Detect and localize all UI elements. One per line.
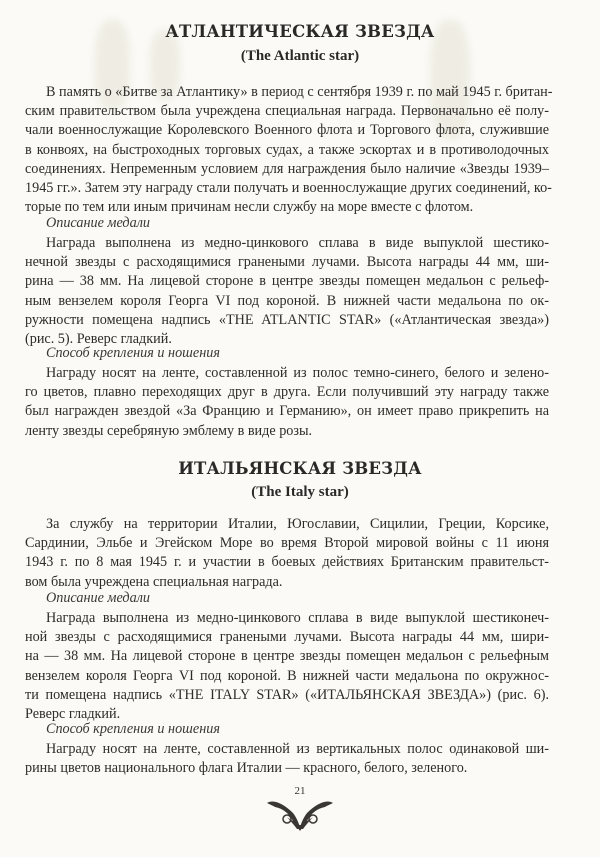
text-line: ским правительством была учреждена специ… [25, 102, 549, 121]
caption-wearing-method: Способ крепления и ношения [46, 345, 220, 362]
text-line: рина — 38 мм. На лицевой стороне в центр… [25, 272, 549, 291]
text-line: рины цветов национального флага Италии —… [25, 759, 549, 778]
text-line: вом была учреждена специальная награда. [25, 573, 549, 592]
text-line: ной звезды с расходящимися гранеными луч… [25, 628, 549, 647]
text-line: вензелем короля Георга VI под короной. В… [25, 667, 549, 686]
text-line: го цветов, плавно переходящих друг в дру… [25, 383, 549, 402]
text-line: на — 38 мм. На лицевой стороне в центре … [25, 647, 549, 666]
text-line: чали военнослужащие Королевского Военног… [25, 121, 549, 140]
caption-medal-description: Описание медали [46, 590, 150, 607]
paragraph-atlantic-wearing: Награду носят на ленте, составленной из … [25, 364, 549, 441]
text-line: Сардинии, Эльбе и Эгейском Море во время… [25, 534, 549, 553]
text-line: Награда выполнена из медно-цинкового спл… [25, 609, 549, 628]
book-page: АТЛАНТИЧЕСКАЯ ЗВЕЗДА (The Atlantic star)… [0, 0, 600, 857]
text-line: ти помещена надпись «THE ITALY STAR» («И… [25, 686, 549, 705]
paragraph-atlantic-description: Награда выполнена из медно-цинкового спл… [25, 234, 549, 349]
text-line: ным вензелем короля Георга VI под короно… [25, 292, 549, 311]
caption-wearing-method: Способ крепления и ношения [46, 721, 220, 738]
page-number: 21 [250, 785, 350, 797]
text-line: 1943 г. по 8 мая 1945 г. и участии в бое… [25, 553, 549, 572]
paragraph-italy-intro: За службу на территории Италии, Югослави… [25, 515, 549, 592]
caption-medal-description: Описание медали [46, 215, 150, 232]
text-line: Награду носят на ленте, составленной из … [25, 740, 549, 759]
text-line: в конвоях, на быстроходных торговых суда… [25, 141, 549, 160]
text-line: В память о «Битве за Атлантику» в период… [25, 83, 549, 102]
text-line: За службу на территории Италии, Югослави… [25, 515, 549, 534]
text-line: Награда выполнена из медно-цинкового спл… [25, 234, 549, 253]
text-line: Награду носят на ленте, составленной из … [25, 364, 549, 383]
paragraph-atlantic-intro: В память о «Битве за Атлантику» в период… [25, 83, 549, 217]
text-line: соединениях. Непременным условием для на… [25, 160, 549, 179]
section-subtitle-italy: (The Italy star) [0, 484, 600, 501]
text-line: ленту звезды серебряную эмблему в виде р… [25, 422, 549, 441]
text-line: ружности помещена надпись «THE ATLANTIC … [25, 311, 549, 330]
winged-ornament-icon [263, 797, 337, 833]
paragraph-italy-wearing: Награду носят на ленте, составленной из … [25, 740, 549, 778]
section-title-italy: ИТАЛЬЯНСКАЯ ЗВЕЗДА [0, 459, 600, 478]
section-title-atlantic: АТЛАНТИЧЕСКАЯ ЗВЕЗДА [0, 22, 600, 41]
paragraph-italy-description: Награда выполнена из медно-цинкового спл… [25, 609, 549, 724]
text-line: был награжден звездой «За Францию и Герм… [25, 402, 549, 421]
text-line: 1945 гг.». Затем эту награду стали получ… [25, 179, 549, 198]
page-footer: 21 [250, 785, 350, 840]
text-line: нечной звезды с расходящимися гранеными … [25, 253, 549, 272]
section-subtitle-atlantic: (The Atlantic star) [0, 48, 600, 65]
